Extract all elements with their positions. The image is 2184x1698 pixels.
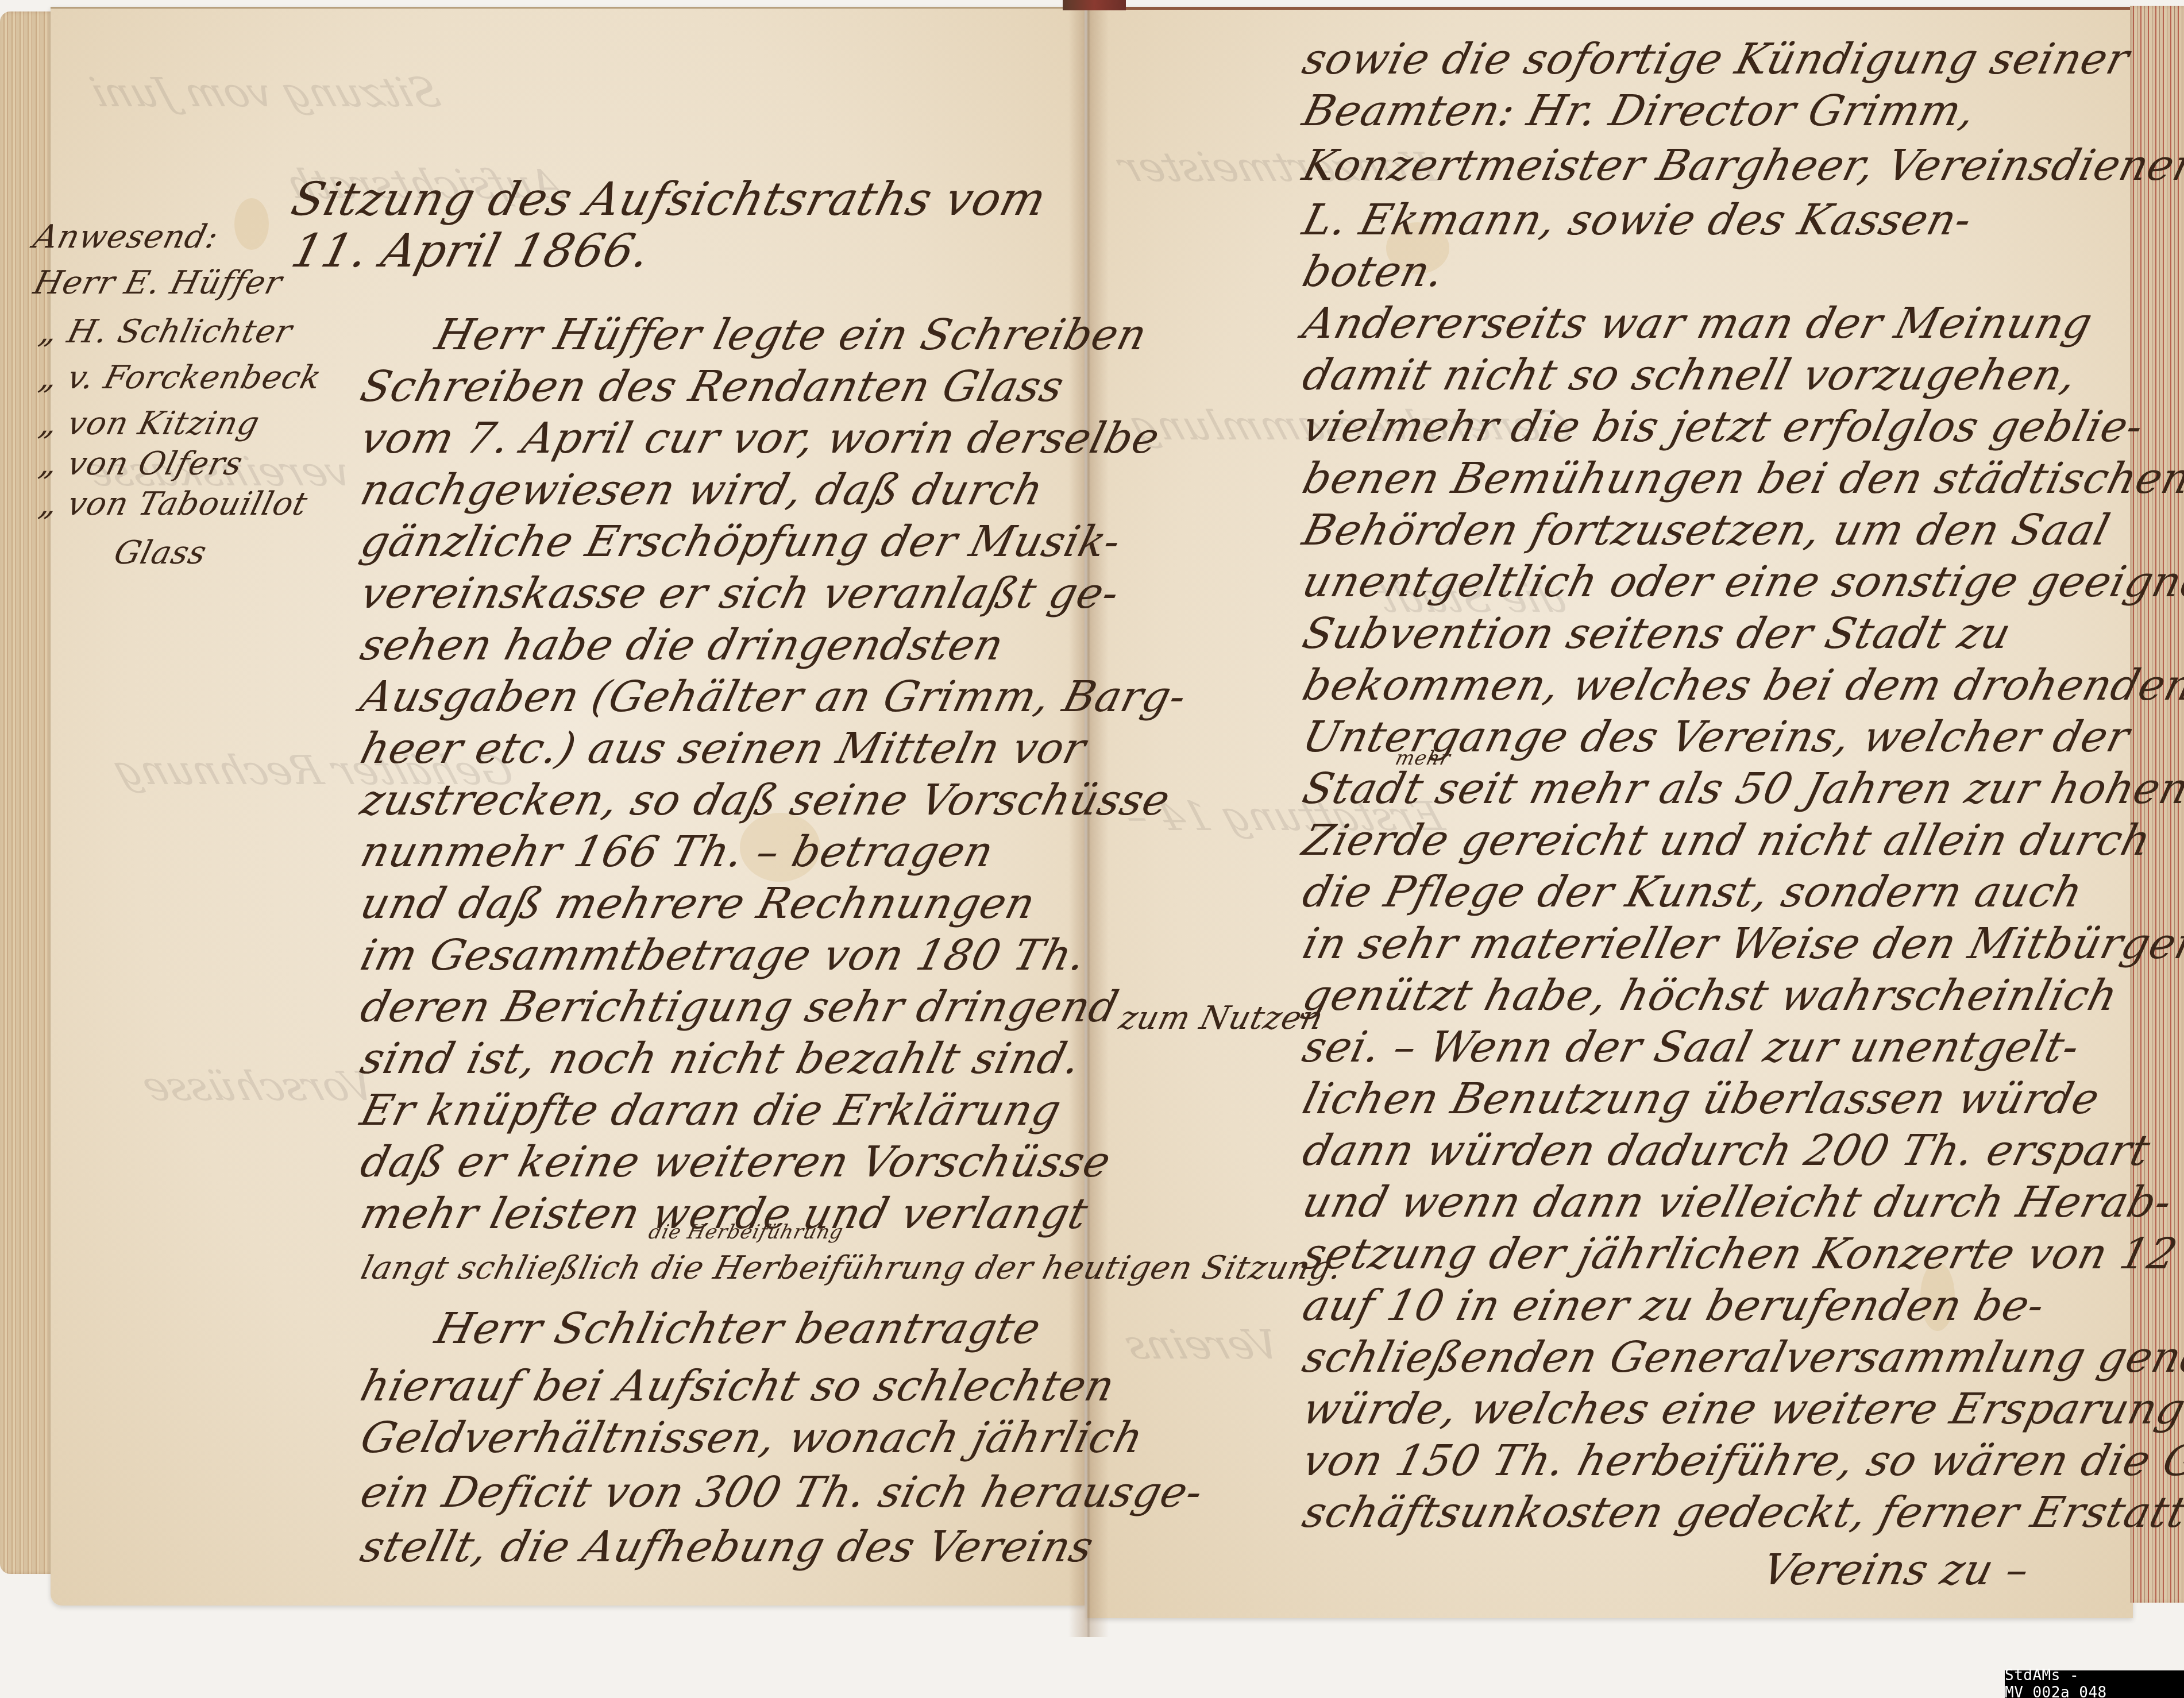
text-line: nachgewiesen wird, daß durch — [356, 465, 1048, 515]
text-line: Herr Hüffer legte ein Schreiben — [430, 310, 1152, 360]
text-line: gänzliche Erschöpfung der Musik- — [356, 517, 1126, 566]
meeting-title: Sitzung des Aufsichtsraths vom — [286, 172, 1052, 226]
attendee: „ von Tabouillot — [36, 485, 311, 523]
text-line: würde, welches eine weitere Ersparung — [1298, 1384, 2184, 1434]
text-line: sehen habe die dringendsten — [356, 620, 1009, 670]
text-line: Geldverhältnissen, wonach jährlich — [356, 1413, 1148, 1462]
text-line: vielmehr die bis jetzt erfolglos geblie- — [1298, 402, 2148, 451]
text-line: vom 7. April cur vor, worin derselbe — [356, 414, 1165, 463]
open-manuscript-book: Sitzung vom Juni Aufsichtsrath vereinska… — [0, 0, 2184, 1698]
text-line: zustrecken, so daß seine Vorschüsse — [356, 775, 1175, 825]
text-line: Ausgaben (Gehälter an Grimm, Barg- — [356, 672, 1191, 721]
interlinear-insertion: die Herbeiführung — [646, 1221, 846, 1244]
text-line: im Gesammtbetrage von 180 Th. — [356, 931, 1091, 980]
text-line: Behörden fortzusetzen, um den Saal — [1298, 505, 2115, 555]
text-line: Herr Schlichter beantragte — [430, 1304, 1046, 1353]
text-line: heer etc.) aus seinen Mitteln vor — [356, 724, 1091, 773]
text-line: boten. — [1298, 247, 1449, 296]
text-line: Schreiben des Rendanten Glass — [356, 362, 1069, 411]
text-line: Vereins zu – — [1757, 1545, 2035, 1595]
text-line: sowie die sofortige Kündigung seiner — [1298, 34, 2134, 84]
text-line: ein Deficit von 300 Th. sich herausge- — [356, 1468, 1208, 1517]
text-line: schäftsunkosten gedeckt, ferner Erstattu… — [1298, 1488, 2184, 1537]
attendee: „ v. Forckenbeck — [36, 359, 326, 396]
text-line: sind ist, noch nicht bezahlt sind. — [356, 1034, 1086, 1083]
text-line: nunmehr 166 Th. – betragen — [356, 827, 999, 877]
text-line: auf 10 in einer zu berufenden be- — [1298, 1281, 2050, 1330]
text-line: die Pflege der Kunst, sondern auch — [1298, 867, 2088, 917]
text-line: stellt, die Aufhebung des Vereins — [356, 1522, 1099, 1572]
text-line: Stadt seit mehr als 50 Jahren zur hohen — [1298, 764, 2184, 813]
text-line: Beamten: Hr. Director Grimm, — [1298, 86, 1981, 136]
text-line: und daß mehrere Rechnungen — [356, 879, 1040, 928]
attendee: Herr E. Hüffer — [30, 264, 286, 302]
text-line: hierauf bei Aufsicht so schlechten — [356, 1361, 1120, 1411]
text-line: Andererseits war man der Meinung — [1298, 299, 2097, 348]
text-line: deren Berichtigung sehr dringend — [356, 982, 1124, 1032]
text-line: Er knüpfte daran die Erklärung — [356, 1086, 1066, 1135]
text-line: benen Bemühungen bei den städtischen — [1298, 454, 2184, 503]
text-line: genützt habe, höchst wahrscheinlich — [1298, 971, 2123, 1020]
text-line: daß er keine weiteren Vorschüsse — [356, 1137, 1116, 1187]
text-line: Subvention seitens der Stadt zu — [1298, 609, 2016, 658]
text-line: Konzertmeister Bargheer, Vereinsdiener — [1298, 141, 2184, 190]
attendee: „ von Kitzing — [36, 405, 264, 442]
meeting-date: 11. April 1866. — [286, 224, 656, 277]
archive-reference-label: StdAMs - MV_002a_048 — [2005, 1670, 2184, 1698]
text-line: Zierde gereicht und nicht allein durch — [1298, 816, 2156, 865]
attendee: Glass — [110, 534, 211, 572]
text-line: sei. – Wenn der Saal zur unentgelt- — [1298, 1022, 2085, 1072]
text-line: vereinskasse er sich veranlaßt ge- — [356, 569, 1124, 618]
text-line: setzung der jährlichen Konzerte von 12 — [1298, 1229, 2182, 1279]
attendee: „ H. Schlichter — [36, 313, 296, 350]
text-line: in sehr materieller Weise den Mitbürgern — [1298, 919, 2184, 968]
text-line: lichen Benutzung überlassen würde — [1298, 1074, 2105, 1124]
text-line: und wenn dann vielleicht durch Herab- — [1298, 1178, 2177, 1227]
right-margin-note: zum Nutzen — [1116, 999, 1328, 1037]
text-line: dann würden dadurch 200 Th. erspart — [1298, 1126, 2155, 1175]
text-line: damit nicht so schnell vorzugehen, — [1298, 350, 2082, 400]
attendee: „ von Olfers — [36, 445, 246, 483]
text-line: L. Ekmann, sowie des Kassen- — [1298, 195, 1977, 245]
book-spine — [1063, 0, 1126, 10]
text-line: schließenden Generalversammlung genehmig… — [1298, 1333, 2184, 1382]
text-line: bekommen, welches bei dem drohenden — [1298, 661, 2184, 710]
text-line: von 150 Th. herbeiführe, so wären die Ge… — [1298, 1436, 2184, 1485]
text-line: langt schließlich die Herbeiführung der … — [357, 1249, 1346, 1287]
attendance-heading: Anwesend: — [30, 218, 222, 256]
text-line: unentgeltlich oder eine sonstige geeigne… — [1298, 557, 2184, 607]
